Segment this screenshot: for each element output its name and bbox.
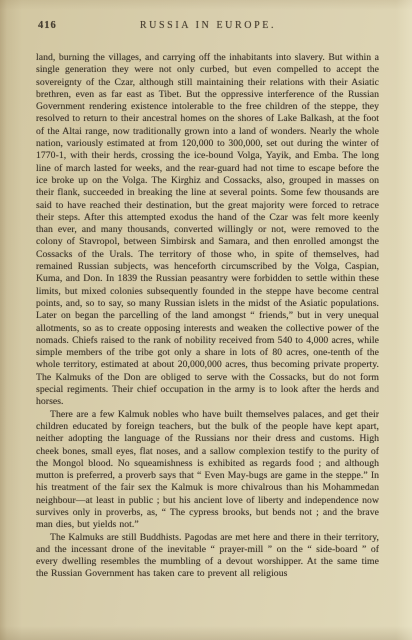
paragraph: land, burning the villages, and carrying… [36,52,379,409]
paragraph: There are a few Kalmuk nobles who have b… [36,409,379,532]
running-head-title: RUSSIA IN EUROPE. [38,20,378,31]
page-header: 416 RUSSIA IN EUROPE. [38,20,378,34]
body-text: land, burning the villages, and carrying… [36,52,379,592]
scanned-book-page: 416 RUSSIA IN EUROPE. land, burning the … [0,0,412,640]
paragraph: The Kalmuks are still Buddhists. Pagodas… [36,532,379,581]
